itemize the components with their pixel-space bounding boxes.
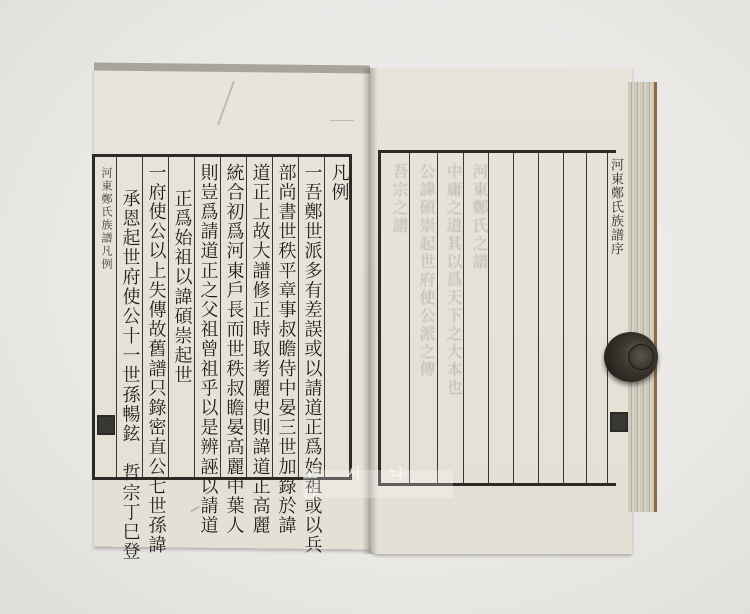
- column-rule: [538, 153, 539, 483]
- column-rule: [563, 153, 564, 483]
- column-rule: [586, 153, 587, 483]
- bleed-through-text: 河東鄭氏之譜: [467, 163, 491, 271]
- bleed-through-text: 公諱碩崇起世府使公派之傳: [414, 163, 438, 379]
- banxin-title: 河東鄭氏族譜凡例: [98, 167, 114, 271]
- right-page-text-frame: 吾宗之譜 公諱碩崇起世府使公派之傳 中庸之道其以爲天下之大本也 河東鄭氏之譜: [378, 150, 616, 486]
- text-column: 承恩起世府使公十一世孫暢鉉 哲宗丁巳登: [116, 157, 142, 477]
- page-stack-edges: [628, 82, 657, 512]
- text-column: 一吾鄭世派多有差誤或以請道正爲始祖或以兵: [298, 157, 324, 477]
- paperweight-icon: [604, 332, 658, 382]
- bleed-through-text: 吾宗之譜: [387, 163, 411, 235]
- column-heading: 凡例: [326, 163, 352, 202]
- column-text: 一府使公以上失傳故舊譜只錄密直公七世孫諱: [143, 163, 169, 555]
- column-text: 承恩起世府使公十一世孫暢鉉 哲宗丁巳登: [117, 189, 143, 561]
- fish-tail-icon: [97, 415, 115, 435]
- right-banxin: 河東鄭氏族譜序: [606, 150, 628, 480]
- text-column: 道正上故大譜修正時取考麗史則諱道正高麗: [246, 157, 272, 477]
- banxin-title: 河東鄭氏族譜序: [606, 158, 625, 256]
- text-column: 正爲始祖以諱碩崇起世: [168, 157, 194, 477]
- column-text: 道正上故大譜修正時取考麗史則諱道正高麗: [247, 163, 273, 535]
- text-column: 一府使公以上失傳故舊譜只錄密直公七世孫諱: [142, 157, 168, 477]
- column-text: 部尚書世秩平章事叔瞻侍中晏三世加錄於諱: [273, 163, 299, 535]
- watermark: 고 서 나 라: [303, 470, 453, 498]
- text-column: 則豈爲請道正之父祖曾祖乎以是辨誣以請道: [194, 157, 220, 477]
- column-rule: [513, 153, 514, 483]
- text-column: 凡例: [324, 157, 352, 477]
- fish-tail-icon: [610, 412, 628, 432]
- left-page-text-frame: 河東鄭氏族譜凡例 凡例 一吾鄭世派多有差誤或以請道正爲始祖或以兵 部尚書世秩平章…: [92, 154, 352, 480]
- column-text: 統合初爲河東戶長而世秩叔瞻晏高麗中葉人: [221, 163, 247, 535]
- bleed-through-text: 中庸之道其以爲天下之大本也: [441, 163, 465, 397]
- watermark-text: 고 서 나 라: [303, 463, 453, 505]
- text-column: 統合初爲河東戶長而世秩叔瞻晏高麗中葉人: [220, 157, 246, 477]
- column-text: 則豈爲請道正之父祖曾祖乎以是辨誣以請道: [195, 163, 221, 535]
- paper-crease: [330, 120, 354, 121]
- column-text: 正爲始祖以諱碩崇起世: [169, 189, 195, 385]
- text-column: 部尚書世秩平章事叔瞻侍中晏三世加錄於諱: [272, 157, 298, 477]
- left-banxin: 河東鄭氏族譜凡例: [95, 157, 117, 477]
